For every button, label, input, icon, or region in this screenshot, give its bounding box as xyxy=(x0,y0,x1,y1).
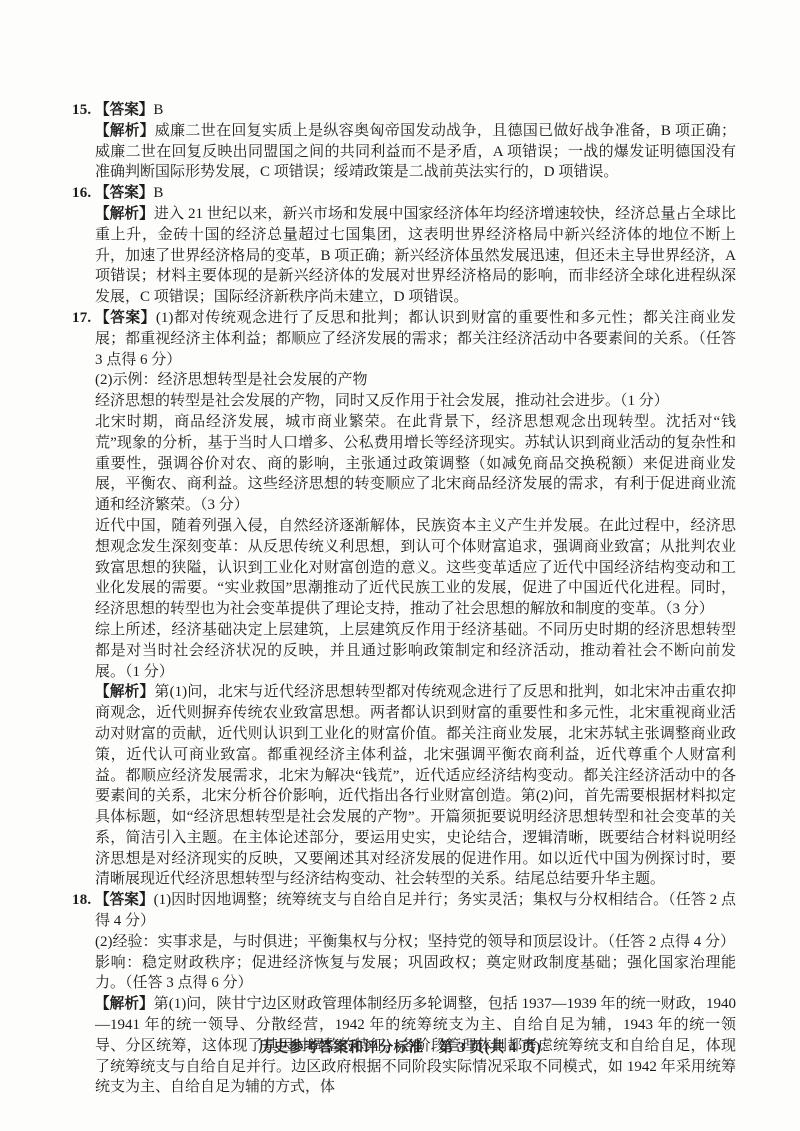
item-number: 15. xyxy=(72,100,91,121)
answer-paragraph: (2)示例：经济思想转型是社会发展的产物 xyxy=(95,370,736,391)
answer-marker: 【答案】 xyxy=(95,892,154,908)
influence-line: 影响：稳定财政秩序；促进经济恢复与发展；巩固政权；奠定财政制度基础；强化国家治理… xyxy=(95,955,736,992)
answer-text: (1)因时因地调整；统筹统支与自给自足并行；务实灵活；集权与分权相结合。（任答 … xyxy=(95,892,736,929)
answer-paragraph: 北宋时期，商品经济发展，城市商业繁荣。在此背景下，经济思想观念出现转型。沈括对“… xyxy=(95,412,736,516)
exam-answer-sheet-page: 15. 【答案】B 【解析】威廉二世在回复实质上是纵容奥匈帝国发动战争，且德国已… xyxy=(0,0,800,1131)
analysis-text: 威廉二世在回复实质上是纵容奥匈帝国发动战争，且德国已做好战争准备，B 项正确；威… xyxy=(95,123,736,181)
answer-line: 【答案】B xyxy=(95,100,736,121)
essay-title-line: (2)示例：经济思想转型是社会发展的产物 xyxy=(95,372,368,388)
answer-paragraph: 【答案】(1)都对传统观念进行了反思和批判；都认识到财富的重要性和多元性；都关注… xyxy=(95,308,736,370)
answer-marker: 【答案】 xyxy=(95,102,153,118)
analysis-paragraph: 【解析】第(1)问，北宋与近代经济思想转型都对传统观念进行了反思和批判，如北宋冲… xyxy=(95,682,736,890)
footer-text: 历史参考答案和评分标准 第 3 页(共 4 页) xyxy=(259,1040,542,1056)
page-footer: 历史参考答案和评分标准 第 3 页(共 4 页) xyxy=(0,1036,800,1057)
analysis-paragraph: 【解析】进入 21 世纪以来，新兴市场和发展中国家经济体年均经济增速较快，经济总… xyxy=(95,204,736,308)
answer-text: B xyxy=(153,185,163,201)
answer-item-15: 15. 【答案】B 【解析】威廉二世在回复实质上是纵容奥匈帝国发动战争，且德国已… xyxy=(72,100,736,183)
essay-body-song: 北宋时期，商品经济发展，城市商业繁荣。在此背景下，经济思想观念出现转型。沈括对“… xyxy=(95,414,736,513)
essay-body-modern: 近代中国，随着列强入侵，自然经济逐渐解体，民族资本主义产生并发展。在此过程中，经… xyxy=(95,518,736,617)
answer-item-16: 16. 【答案】B 【解析】进入 21 世纪以来，新兴市场和发展中国家经济体年均… xyxy=(72,183,736,308)
answer-paragraph: 综上所述，经济基础决定上层建筑，上层建筑反作用于经济基础。不同历史时期的经济思想… xyxy=(95,620,736,682)
analysis-marker: 【解析】 xyxy=(95,123,155,139)
answer-item-18: 18. 【答案】(1)因时因地调整；统筹统支与自给自足并行；务实灵活；集权与分权… xyxy=(72,890,736,1098)
answer-text: B xyxy=(153,102,163,118)
item-number: 17. xyxy=(72,308,91,329)
answer-item-17: 17. 【答案】(1)都对传统观念进行了反思和批判；都认识到财富的重要性和多元性… xyxy=(72,308,736,890)
answer-paragraph: 影响：稳定财政秩序；促进经济恢复与发展；巩固政权；奠定财政制度基础；强化国家治理… xyxy=(95,953,736,995)
analysis-marker: 【解析】 xyxy=(95,684,154,700)
answer-line: 【答案】B xyxy=(95,183,736,204)
answer-marker: 【答案】 xyxy=(95,310,156,326)
analysis-paragraph: 【解析】威廉二世在回复实质上是纵容奥匈帝国发动战争，且德国已做好战争准备，B 项… xyxy=(95,121,736,183)
answer-paragraph: 近代中国，随着列强入侵，自然经济逐渐解体，民族资本主义产生并发展。在此过程中，经… xyxy=(95,516,736,620)
analysis-marker: 【解析】 xyxy=(95,206,154,222)
answer-paragraph: (2)经验：实事求是，与时俱进；平衡集权与分权；坚持党的领导和顶层设计。（任答 … xyxy=(95,932,736,953)
item-number: 18. xyxy=(72,890,91,911)
answer-paragraph: 经济思想的转型是社会发展的产物，同时又反作用于社会发展，推动社会进步。（1 分） xyxy=(95,391,736,412)
analysis-marker: 【解析】 xyxy=(95,996,154,1012)
answer-paragraph: 【答案】(1)因时因地调整；统筹统支与自给自足并行；务实灵活；集权与分权相结合。… xyxy=(95,890,736,932)
analysis-text: 第(1)问，北宋与近代经济思想转型都对传统观念进行了反思和批判，如北宋冲击重农抑… xyxy=(95,684,736,887)
experience-line: (2)经验：实事求是，与时俱进；平衡集权与分权；坚持党的领导和顶层设计。（任答 … xyxy=(95,934,735,950)
essay-intro-line: 经济思想的转型是社会发展的产物，同时又反作用于社会发展，推动社会进步。（1 分） xyxy=(95,393,669,409)
essay-conclusion: 综上所述，经济基础决定上层建筑，上层建筑反作用于经济基础。不同历史时期的经济思想… xyxy=(95,622,736,680)
answer-marker: 【答案】 xyxy=(95,185,153,201)
answers-content: 15. 【答案】B 【解析】威廉二世在回复实质上是纵容奥匈帝国发动战争，且德国已… xyxy=(72,100,736,1098)
item-number: 16. xyxy=(72,183,91,204)
answer-text: (1)都对传统观念进行了反思和批判；都认识到财富的重要性和多元性；都关注商业发展… xyxy=(95,310,736,368)
analysis-text: 进入 21 世纪以来，新兴市场和发展中国家经济体年均经济增速较快，经济总量占全球… xyxy=(95,206,736,305)
